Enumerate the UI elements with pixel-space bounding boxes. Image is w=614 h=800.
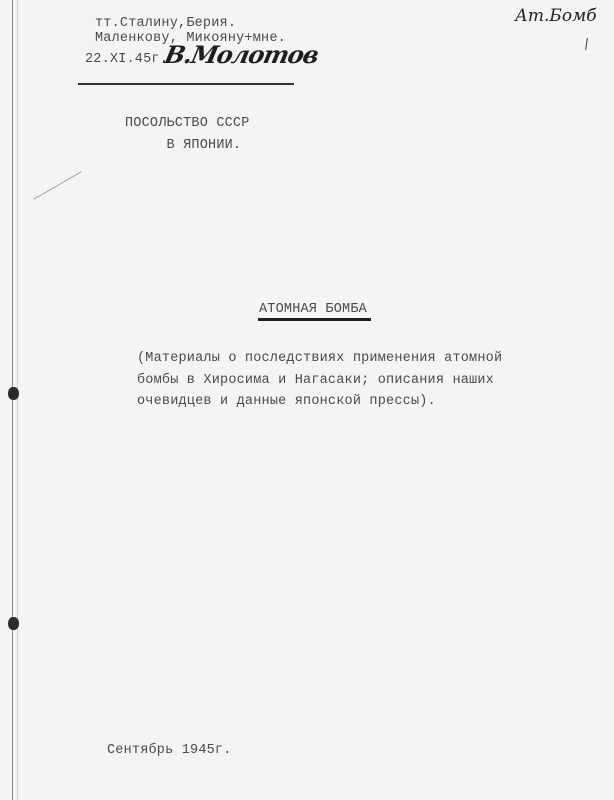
handwritten-corner-note: Ат.Бомб: [515, 6, 597, 26]
signature: В.Молотов: [162, 40, 321, 69]
footer-date: Сентябрь 1945г.: [107, 743, 232, 758]
title-underline: [258, 318, 371, 321]
resolution-date: 22.XI.45г.: [85, 52, 168, 67]
binding-edge-shadow: [17, 0, 18, 800]
sender-line-2: В ЯПОНИИ.: [167, 138, 242, 153]
sender-block: ПОСОЛЬСТВО СССР В ЯПОНИИ.: [125, 113, 250, 157]
description-line-1: (Материалы о последствиях применения ато…: [137, 351, 502, 366]
document-page: тт.Сталину,Берия. Маленкову, Микояну+мне…: [0, 0, 614, 800]
handwritten-page-mark: [585, 38, 588, 50]
sender-line-1: ПОСОЛЬСТВО СССР: [125, 116, 250, 131]
description-line-2: бомбы в Хиросима и Нагасаки; описания на…: [137, 373, 494, 388]
addressees-line-1: тт.Сталину,Берия.: [95, 16, 236, 31]
document-title: АТОМНАЯ БОМБА: [259, 302, 367, 317]
punch-hole-upper: [8, 387, 19, 400]
document-description: (Материалы о последствиях применения ато…: [137, 348, 502, 413]
resolution-underline: [78, 83, 294, 85]
punch-hole-lower: [8, 617, 19, 630]
binding-edge: [12, 0, 13, 800]
description-line-3: очевидцев и данные японской прессы).: [137, 394, 436, 409]
pencil-stroke: [33, 171, 81, 199]
